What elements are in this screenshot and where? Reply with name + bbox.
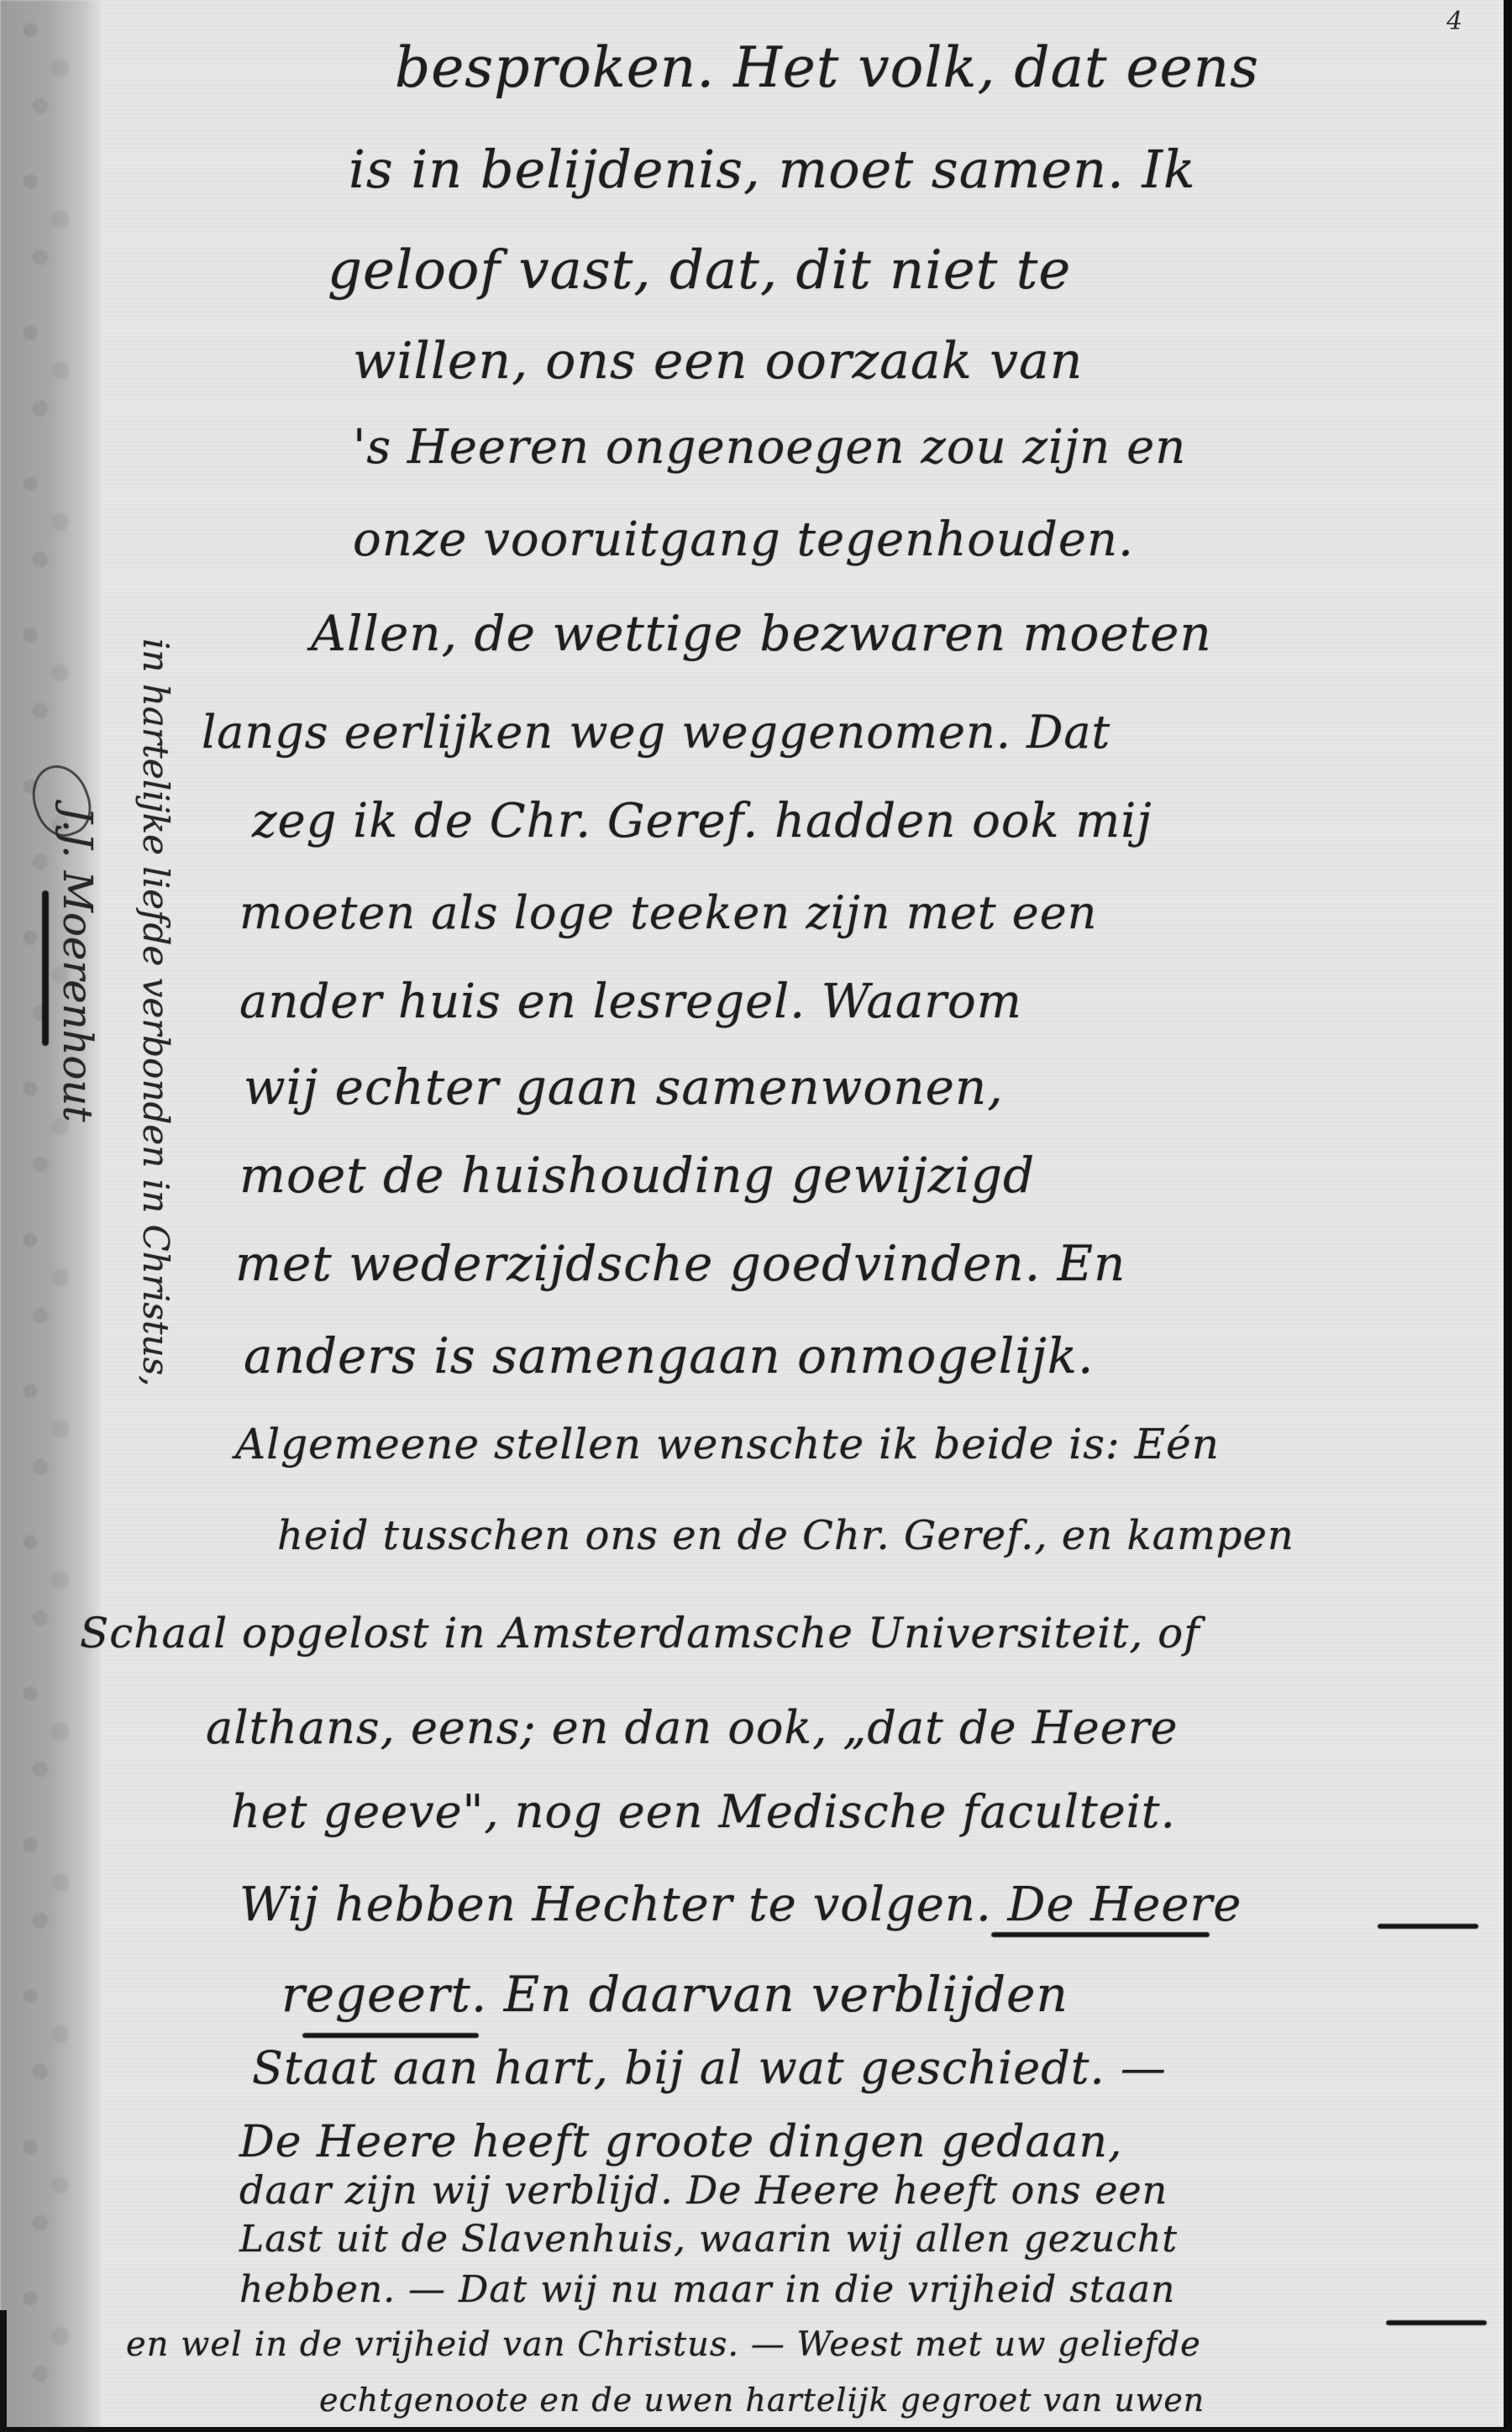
handwriting-line: heid tusschen ons en de Chr. Geref., en … bbox=[277, 1512, 1294, 1559]
margin-signature: J.J. Moerenhout bbox=[54, 806, 101, 1122]
handwriting-line: Wij hebben Hechter te volgen. De Heere bbox=[239, 1878, 1242, 1932]
handwriting-line: moeten als loge teeken zijn met een bbox=[239, 886, 1097, 939]
handwriting-line: 's Heeren ongenoegen zou zijn en bbox=[353, 420, 1186, 475]
handwriting-line: willen, ons een oorzaak van bbox=[353, 332, 1083, 391]
handwriting-line: De Heere heeft groote dingen gedaan, bbox=[239, 2117, 1123, 2167]
handwriting-line: Last uit de Slavenhuis, waarin wij allen… bbox=[239, 2218, 1178, 2261]
handwriting-line: althans, eens; en dan ook, „dat de Heere bbox=[206, 1701, 1178, 1754]
handwriting-line: moet de huishouding gewijzigd bbox=[239, 1147, 1035, 1204]
handwriting-line: en wel in de vrijheid van Christus. — We… bbox=[126, 2325, 1201, 2364]
handwriting-line: met wederzijdsche goedvinden. En bbox=[235, 1235, 1126, 1292]
handwriting-line: wij echter gaan samenwonen, bbox=[244, 1058, 1004, 1116]
scan-edge-right bbox=[1504, 0, 1512, 2432]
signature-underline bbox=[42, 890, 49, 1046]
handwriting-line: hebben. — Dat wij nu maar in die vrijhei… bbox=[239, 2268, 1175, 2311]
manuscript-page: 4 besproken. Het volk, dat eens is in be… bbox=[0, 0, 1512, 2432]
handwriting-line: anders is samengaan onmogelijk. bbox=[244, 1327, 1094, 1384]
underline-regeert bbox=[302, 2033, 479, 2038]
scan-edge-bottom bbox=[0, 2427, 1512, 2432]
underline-staan bbox=[1386, 2320, 1487, 2325]
handwriting-line: onze vooruitgang tegenhouden. bbox=[353, 512, 1134, 567]
underline-heere bbox=[1378, 1924, 1478, 1929]
scan-edge-left bbox=[0, 2310, 7, 2432]
margin-closing: in hartelijke liefde verbonden in Christ… bbox=[135, 638, 176, 1387]
handwriting-line: langs eerlijken weg weggenomen. Dat bbox=[202, 706, 1110, 759]
handwriting-line: is in belijdenis, moet samen. Ik bbox=[349, 139, 1196, 200]
handwriting-line: regeert. En daarvan verblijden bbox=[281, 1966, 1068, 2023]
binding-strip bbox=[0, 0, 101, 2432]
handwriting-line: geloof vast, dat, dit niet te bbox=[328, 239, 1071, 302]
handwriting-line: zeg ik de Chr. Geref. hadden ook mij bbox=[252, 794, 1152, 848]
handwriting-line: Algemeene stellen wenschte ik beide is: … bbox=[235, 1420, 1220, 1468]
handwriting-line: ander huis en lesregel. Waarom bbox=[239, 974, 1022, 1029]
handwriting-line: het geeve", nog een Medische faculteit. bbox=[231, 1785, 1176, 1838]
handwriting-line: Allen, de wettige bezwaren moeten bbox=[311, 605, 1212, 662]
handwriting-line: Staat aan hart, bij al wat geschiedt. — bbox=[252, 2041, 1167, 2094]
handwriting-line: daar zijn wij verblijd. De Heere heeft o… bbox=[239, 2167, 1168, 2213]
handwriting-line: echtgenoote en de uwen hartelijk gegroet… bbox=[319, 2382, 1205, 2419]
handwriting-line: besproken. Het volk, dat eens bbox=[395, 35, 1259, 100]
page-number: 4 bbox=[1446, 7, 1462, 36]
handwriting-line: Schaal opgelost in Amsterdamsche Univers… bbox=[80, 1609, 1200, 1657]
underline-volgen bbox=[991, 1932, 1210, 1937]
